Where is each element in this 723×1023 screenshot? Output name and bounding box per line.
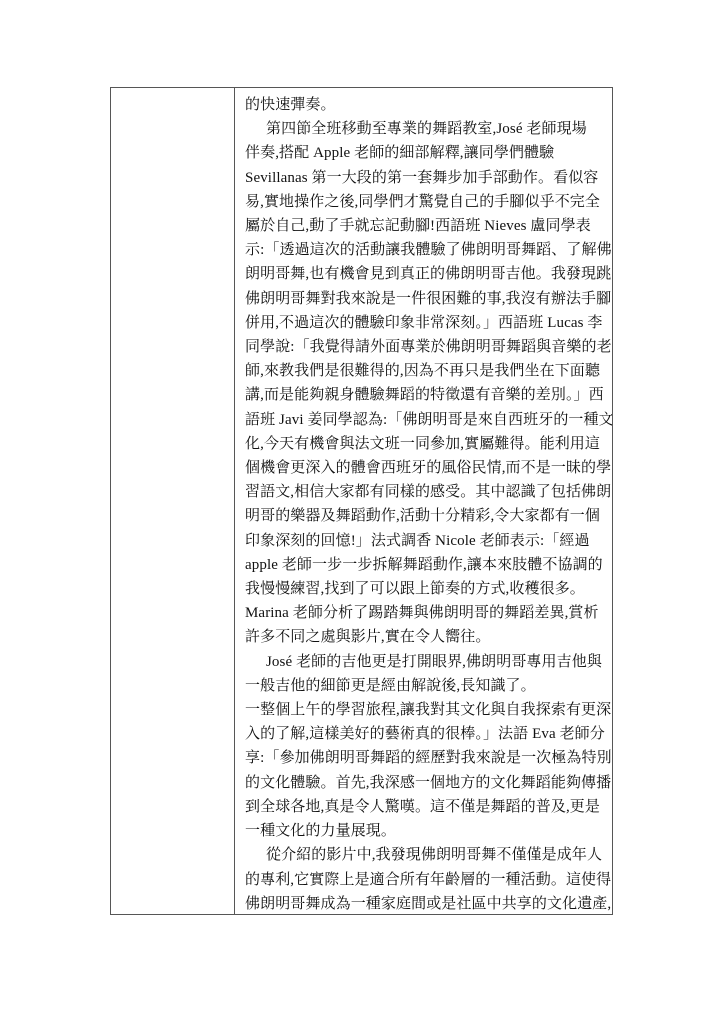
text-line: 示:「透過這次的活動讓我體驗了佛朗明哥舞蹈、了解佛	[245, 238, 608, 262]
text-line: 化,今天有機會與法文班一同參加,實屬難得。能利用這	[245, 432, 608, 456]
document-table: 的快速彈奏。 第四節全班移動至專業的舞蹈教室,José 老師現場 伴奏,搭配 A…	[110, 87, 613, 915]
text-line: 許多不同之處與影片,實在令人嚮往。	[245, 625, 608, 649]
text-line: 的專利,它實際上是適合所有年齡層的一種活動。這使得	[245, 868, 608, 892]
text-line: 明哥的樂器及舞蹈動作,活動十分精彩,令大家都有一個	[245, 504, 608, 528]
text-line: 的快速彈奏。	[245, 93, 608, 117]
text-line: 的文化體驗。首先,我深感一個地方的文化舞蹈能夠傳播	[245, 771, 608, 795]
text-line: 我慢慢練習,找到了可以跟上節奏的方式,收穫很多。	[245, 577, 608, 601]
text-line: 併用,不過這次的體驗印象非常深刻。」西語班 Lucas 李	[245, 311, 608, 335]
text-line: 一種文化的力量展現。	[245, 819, 608, 843]
text-line: 印象深刻的回憶!」法式調香 Nicole 老師表示:「經過	[245, 529, 608, 553]
text-line: 享:「參加佛朗明哥舞蹈的經歷對我來說是一次極為特別	[245, 746, 608, 770]
text-line: 個機會更深入的體會西班牙的風俗民情,而不是一昧的學	[245, 456, 608, 480]
text-line: José 老師的吉他更是打開眼界,佛朗明哥專用吉他與	[245, 650, 608, 674]
text-line: 從介紹的影片中,我發現佛朗明哥舞不僅僅是成年人	[245, 843, 608, 867]
text-line: 師,來教我們是很難得的,因為不再只是我們坐在下面聽	[245, 359, 608, 383]
text-line: 到全球各地,真是令人驚嘆。這不僅是舞蹈的普及,更是	[245, 795, 608, 819]
text-line: 一般吉他的細節更是經由解說後,長知識了。	[245, 674, 608, 698]
text-line: apple 老師一步一步拆解舞蹈動作,讓本來肢體不協調的	[245, 553, 608, 577]
text-line: 習語文,相信大家都有同樣的感受。其中認識了包括佛朗	[245, 480, 608, 504]
text-line: 易,實地操作之後,同學們才驚覺自己的手腳似乎不完全	[245, 190, 608, 214]
text-line: 同學說:「我覺得請外面專業於佛朗明哥舞蹈與音樂的老	[245, 335, 608, 359]
text-line: 入的了解,這樣美好的藝術真的很棒。」法語 Eva 老師分	[245, 722, 608, 746]
text-line: 朗明哥舞,也有機會見到真正的佛朗明哥吉他。我發現跳	[245, 262, 608, 286]
text-line: 講,而是能夠親身體驗舞蹈的特徵還有音樂的差別。」西	[245, 383, 608, 407]
text-line: Marina 老師分析了踢踏舞與佛朗明哥的舞蹈差異,賞析	[245, 601, 608, 625]
text-line: 伴奏,搭配 Apple 老師的細部解釋,讓同學們體驗	[245, 141, 608, 165]
table-left-cell	[111, 88, 235, 914]
table-right-cell: 的快速彈奏。 第四節全班移動至專業的舞蹈教室,José 老師現場 伴奏,搭配 A…	[235, 88, 612, 914]
text-line: Sevillanas 第一大段的第一套舞步加手部動作。看似容	[245, 166, 608, 190]
text-line: 佛朗明哥舞成為一種家庭間或是社區中共享的文化遺產,	[245, 892, 608, 914]
text-line: 第四節全班移動至專業的舞蹈教室,José 老師現場	[245, 117, 608, 141]
text-line: 語班 Javi 姜同學認為:「佛朗明哥是來自西班牙的一種文	[245, 408, 608, 432]
text-line: 佛朗明哥舞對我來說是一件很困難的事,我沒有辦法手腳	[245, 287, 608, 311]
text-line: 屬於自己,動了手就忘記動腳!西語班 Nieves 盧同學表	[245, 214, 608, 238]
text-line: 一整個上午的學習旅程,讓我對其文化與自我探索有更深	[245, 698, 608, 722]
